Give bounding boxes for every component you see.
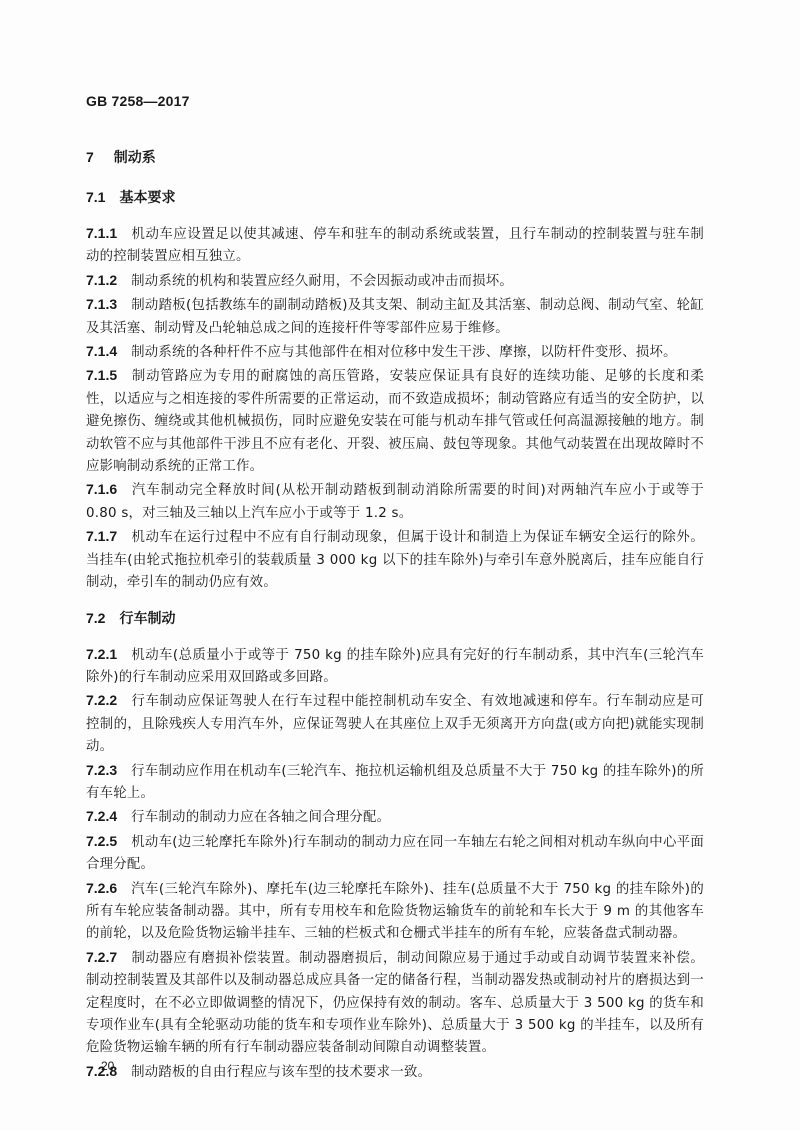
clause-number: 7.2.3	[86, 762, 117, 778]
clause-text: 制动系统的机构和装置应经久耐用，不会因振动或冲击而损坏。	[131, 274, 513, 289]
subsection-title: 基本要求	[119, 190, 175, 206]
clause-7-1-2: 7.1.2制动系统的机构和装置应经久耐用，不会因振动或冲击而损坏。	[86, 269, 704, 293]
clause-number: 7.2.2	[86, 692, 117, 708]
clause-number: 7.1.1	[86, 225, 117, 241]
clause-text: 制动系统的各种杆件不应与其他部件在相对位移中发生干涉、摩擦，以防杆件变形、损坏。	[131, 345, 677, 360]
clause-7-1-1: 7.1.1机动车应设置足以使其减速、停车和驻车的制动系统或装置，且行车制动的控制…	[86, 222, 704, 269]
page-number: 20	[101, 1059, 114, 1073]
clause-number: 7.2.4	[86, 808, 117, 824]
clause-7-2-8: 7.2.8制动踏板的自由行程应与该车型的技术要求一致。	[86, 1060, 704, 1084]
clause-number: 7.1.2	[86, 272, 117, 288]
clause-number: 7.2.1	[86, 646, 117, 662]
clause-number: 7.1.4	[86, 343, 117, 359]
clause-text: 行车制动应作用在机动车(三轮汽车、拖拉机运输机组及总质量不大于 750 kg 的…	[86, 764, 704, 801]
standard-code-header: GB 7258—2017	[86, 93, 190, 109]
clause-7-1-6: 7.1.6汽车制动完全释放时间(从松开制动踏板到制动消除所需要的时间)对两轴汽车…	[86, 478, 704, 525]
subsection-number: 7.2	[86, 607, 105, 629]
clause-text: 机动车在运行过程中不应有自行制动现象，但属于设计和制造上为保证车辆安全运行的除外…	[86, 530, 704, 590]
clause-text: 机动车应设置足以使其减速、停车和驻车的制动系统或装置，且行车制动的控制装置与驻车…	[86, 227, 704, 264]
clause-text: 制动器应有磨损补偿装置。制动器磨损后，制动间隙应易于通过手动或自动调节装置来补偿…	[86, 951, 704, 1056]
clause-7-1-7: 7.1.7机动车在运行过程中不应有自行制动现象，但属于设计和制造上为保证车辆安全…	[86, 525, 704, 594]
clause-7-2-4: 7.2.4行车制动的制动力应在各轴之间合理分配。	[86, 805, 704, 829]
clause-text: 行车制动的制动力应在各轴之间合理分配。	[131, 810, 390, 825]
subsection-number: 7.1	[86, 186, 105, 208]
clause-7-1-3: 7.1.3制动踏板(包括教练车的副制动踏板)及其支架、制动主缸及其活塞、制动总阀…	[86, 293, 704, 340]
document-page: GB 7258—2017 7制动系 7.1基本要求 7.1.1机动车应设置足以使…	[0, 0, 800, 1131]
clause-7-2-7: 7.2.7制动器应有磨损补偿装置。制动器磨损后，制动间隙应易于通过手动或自动调节…	[86, 946, 704, 1060]
clause-text: 机动车(总质量小于或等于 750 kg 的挂车除外)应具有完好的行车制动系，其中…	[86, 648, 704, 685]
section-number: 7	[86, 146, 94, 168]
section-title: 制动系	[114, 150, 156, 166]
clause-7-2-2: 7.2.2行车制动应保证驾驶人在行车过程中能控制机动车安全、有效地减速和停车。行…	[86, 689, 704, 758]
clause-7-2-6: 7.2.6汽车(三轮汽车除外)、摩托车(边三轮摩托车除外)、挂车(总质量不大于 …	[86, 877, 704, 946]
clause-number: 7.1.3	[86, 296, 117, 312]
clause-text: 行车制动应保证驾驶人在行车过程中能控制机动车安全、有效地减速和停车。行车制动应是…	[86, 694, 704, 754]
clause-number: 7.1.6	[86, 481, 117, 497]
clause-7-2-1: 7.2.1机动车(总质量小于或等于 750 kg 的挂车除外)应具有完好的行车制…	[86, 643, 704, 690]
clause-7-1-5: 7.1.5制动管路应为专用的耐腐蚀的高压管路，安装应保证具有良好的连续功能、足够…	[86, 364, 704, 478]
clause-number: 7.2.5	[86, 833, 117, 849]
clause-text: 制动踏板的自由行程应与该车型的技术要求一致。	[131, 1065, 431, 1080]
clause-text: 汽车制动完全释放时间(从松开制动踏板到制动消除所需要的时间)对两轴汽车应小于或等…	[86, 483, 704, 520]
clause-7-1-4: 7.1.4制动系统的各种杆件不应与其他部件在相对位移中发生干涉、摩擦，以防杆件变…	[86, 340, 704, 364]
clause-7-2-5: 7.2.5机动车(边三轮摩托车除外)行车制动的制动力应在同一车轴左右轮之间相对机…	[86, 830, 704, 877]
clause-number: 7.1.5	[86, 367, 117, 383]
clause-text: 制动管路应为专用的耐腐蚀的高压管路，安装应保证具有良好的连续功能、足够的长度和柔…	[86, 369, 704, 474]
clause-text: 制动踏板(包括教练车的副制动踏板)及其支架、制动主缸及其活塞、制动总阀、制动气室…	[86, 298, 704, 335]
clause-7-2-3: 7.2.3行车制动应作用在机动车(三轮汽车、拖拉机运输机组及总质量不大于 750…	[86, 759, 704, 806]
subsection-heading-7-2: 7.2行车制动	[86, 607, 704, 629]
clause-text: 汽车(三轮汽车除外)、摩托车(边三轮摩托车除外)、挂车(总质量不大于 750 k…	[86, 882, 704, 942]
clause-number: 7.1.7	[86, 528, 117, 544]
section-heading: 7制动系	[86, 146, 704, 168]
clause-number: 7.2.6	[86, 880, 117, 896]
subsection-heading-7-1: 7.1基本要求	[86, 186, 704, 208]
clause-number: 7.2.7	[86, 949, 117, 965]
document-body: 7制动系 7.1基本要求 7.1.1机动车应设置足以使其减速、停车和驻车的制动系…	[86, 146, 704, 1084]
clause-text: 机动车(边三轮摩托车除外)行车制动的制动力应在同一车轴左右轮之间相对机动车纵向中…	[86, 835, 704, 872]
subsection-title: 行车制动	[119, 611, 175, 627]
